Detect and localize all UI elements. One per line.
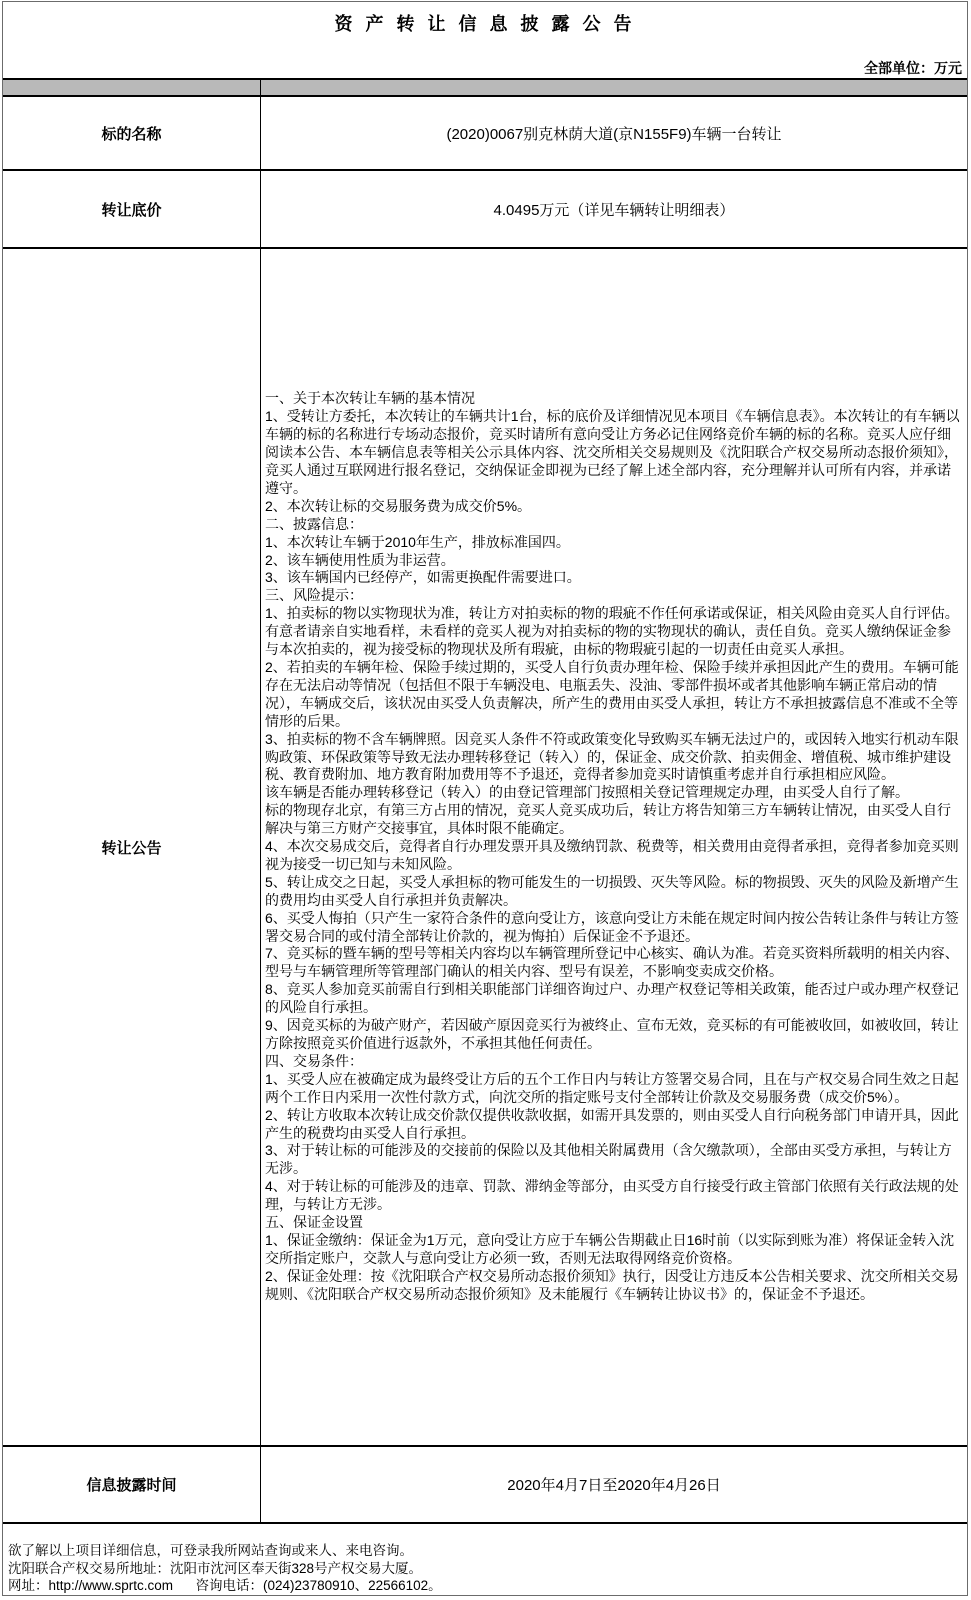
table-row-announcement: 转让公告 一、关于本次转让车辆的基本情况 1、受转让方委托，本次转让的车辆共计1… <box>3 247 967 1445</box>
disclosure-table: 标的名称 (2020)0067别克林荫大道(京N155F9)车辆一台转让 转让底… <box>3 78 967 1524</box>
footer-notes: 欲了解以上项目详细信息，可登录我所网站查询或来人、来电咨询。 沈阳联合产权交易所… <box>3 1540 967 1597</box>
header-band-left-cell <box>3 80 261 95</box>
row-value: (2020)0067别克林荫大道(京N155F9)车辆一台转让 <box>261 97 967 169</box>
announcement-text: 一、关于本次转让车辆的基本情况 1、受转让方委托，本次转让的车辆共计1台，标的底… <box>261 249 967 1445</box>
table-row-disclosure-period: 信息披露时间 2020年4月7日至2020年4月26日 <box>3 1445 967 1522</box>
page-title: 资 产 转 让 信 息 披 露 公 告 <box>3 2 967 36</box>
row-label: 转让底价 <box>3 171 261 247</box>
footer-note-line1: 欲了解以上项目详细信息，可登录我所网站查询或来人、来电咨询。 <box>8 1542 962 1560</box>
row-label: 标的名称 <box>3 97 261 169</box>
table-row-subject-name: 标的名称 (2020)0067别克林荫大道(京N155F9)车辆一台转让 <box>3 95 967 169</box>
row-value: 4.0495万元（详见车辆转让明细表） <box>261 171 967 247</box>
footer-note-line2: 沈阳联合产权交易所地址：沈阳市沈河区奉天街328号产权交易大厦。 <box>8 1560 962 1578</box>
unit-note: 全部单位：万元 <box>864 58 962 78</box>
row-label: 转让公告 <box>3 249 261 1445</box>
document-sheet: 资 产 转 让 信 息 披 露 公 告 全部单位：万元 标的名称 (2020)0… <box>2 1 968 1596</box>
table-row-base-price: 转让底价 4.0495万元（详见车辆转让明细表） <box>3 169 967 247</box>
row-value: 2020年4月7日至2020年4月26日 <box>261 1447 967 1522</box>
row-label: 信息披露时间 <box>3 1447 261 1522</box>
footer-note-line3: 网址：http://www.sprtc.com 咨询电话：(024)237809… <box>8 1577 962 1595</box>
header-band-right-cell <box>261 80 967 95</box>
table-header-band <box>3 78 967 95</box>
